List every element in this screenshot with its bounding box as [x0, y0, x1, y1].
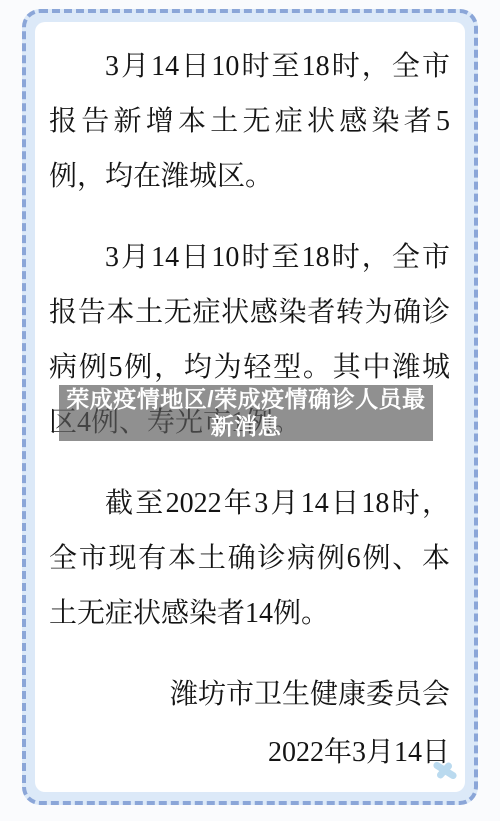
subtitle-line-1: 荣成疫情地区/荣成疫情确诊人员最	[59, 386, 433, 413]
notice-image: 3月14日10时至18时，全市报告新增本土无症状感染者5例，均在潍城区。 3月1…	[0, 0, 500, 821]
subtitle-line-2: 新消息	[59, 413, 433, 440]
issuer-signature: 潍坊市卫生健康委员会	[49, 667, 450, 722]
notice-paragraph-1: 3月14日10时至18时，全市报告新增本土无症状感染者5例，均在潍城区。	[49, 39, 450, 204]
issue-date: 2022年3月14日	[49, 725, 450, 780]
notice-paragraph-3: 截至2022年3月14日18时，全市现有本土确诊病例6例、本土无症状感染者14例…	[49, 476, 450, 641]
subtitle-overlay: 荣成疫情地区/荣成疫情确诊人员最 新消息	[59, 385, 433, 441]
sparkle-icon	[431, 758, 459, 782]
signature-block: 潍坊市卫生健康委员会 2022年3月14日	[49, 667, 450, 780]
